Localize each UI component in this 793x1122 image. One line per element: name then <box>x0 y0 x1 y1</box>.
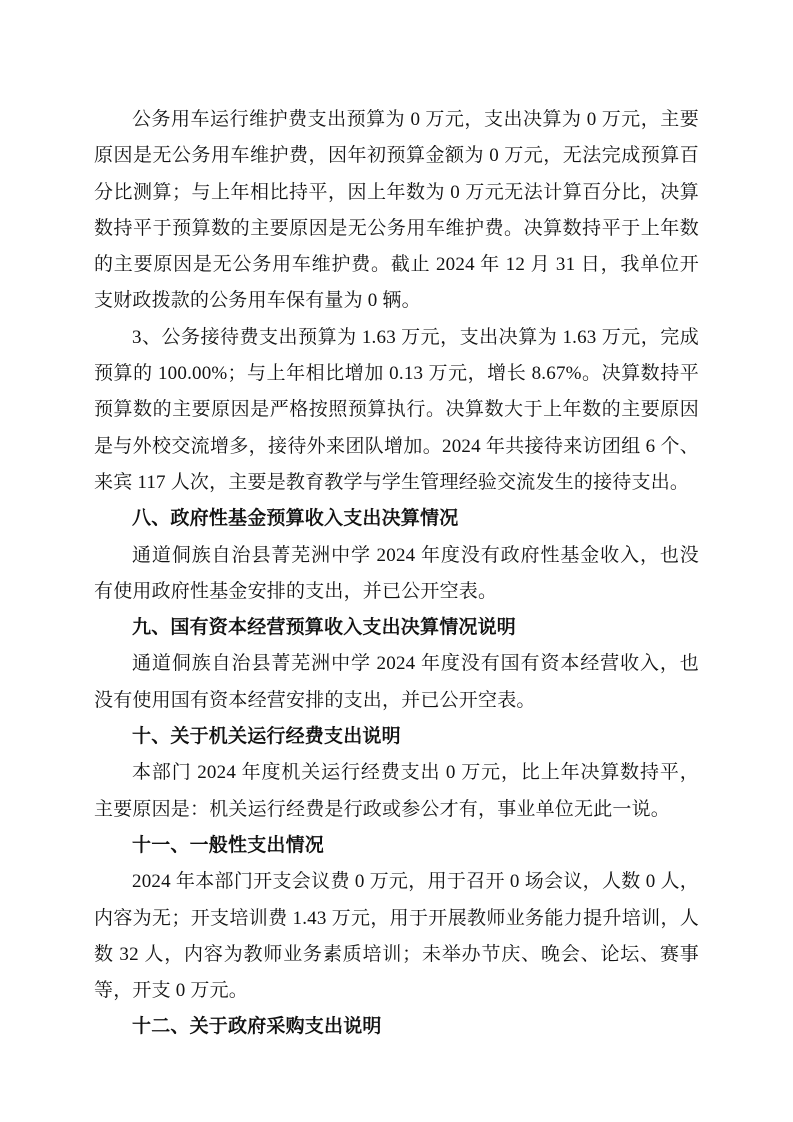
section-heading: 十、关于机关运行经费支出说明 <box>94 719 699 755</box>
document-page: 公务用车运行维护费支出预算为 0 万元，支出决算为 0 万元，主要原因是无公务用… <box>0 0 793 1122</box>
section-heading: 九、国有资本经营预算收入支出决算情况说明 <box>94 610 699 646</box>
body-paragraph: 通道侗族自治县菁芜洲中学 2024 年度没有国有资本经营收入，也没有使用国有资本… <box>94 646 699 719</box>
body-paragraph: 3、公务接待费支出预算为 1.63 万元，支出决算为 1.63 万元，完成预算的… <box>94 320 699 501</box>
body-paragraph: 本部门 2024 年度机关运行经费支出 0 万元，比上年决算数持平，主要原因是：… <box>94 755 699 828</box>
body-paragraph: 2024 年本部门开支会议费 0 万元，用于召开 0 场会议，人数 0 人，内容… <box>94 864 699 1009</box>
section-heading: 八、政府性基金预算收入支出决算情况 <box>94 501 699 537</box>
body-paragraph: 公务用车运行维护费支出预算为 0 万元，支出决算为 0 万元，主要原因是无公务用… <box>94 102 699 320</box>
section-heading: 十二、关于政府采购支出说明 <box>94 1009 699 1045</box>
body-paragraph: 通道侗族自治县菁芜洲中学 2024 年度没有政府性基金收入，也没有使用政府性基金… <box>94 538 699 611</box>
section-heading: 十一、一般性支出情况 <box>94 828 699 864</box>
document-content: 公务用车运行维护费支出预算为 0 万元，支出决算为 0 万元，主要原因是无公务用… <box>94 102 699 1046</box>
